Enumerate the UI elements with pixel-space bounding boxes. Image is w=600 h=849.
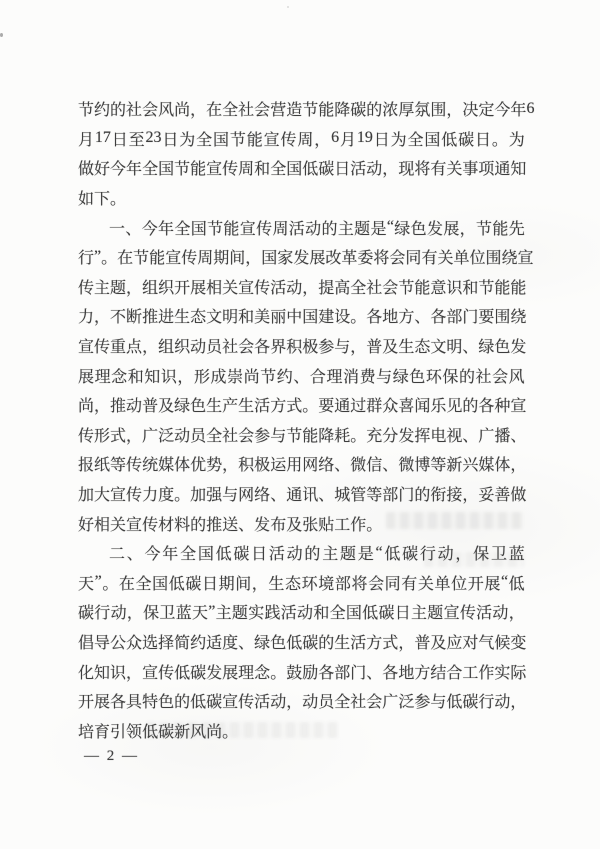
text-line: 展理念和知识，形成崇尚节约、合理消费与绿色环保的社会风 bbox=[78, 360, 525, 390]
paragraph: 节约的社会风尚，在全社会营造节能降碳的浓厚氛围，决定今年6月17日至23日为全国… bbox=[78, 94, 525, 212]
text-line: 节约的社会风尚，在全社会营造节能降碳的浓厚氛围，决定今年6 bbox=[78, 94, 525, 124]
paragraph: 二、今年全国低碳日活动的主题是“低碳行动，保卫蓝天”。在全国低碳日期间，生态环境… bbox=[78, 538, 525, 745]
text-line: 好相关宣传材料的推送、发布及张贴工作。 bbox=[78, 508, 525, 538]
text-line: 二、今年全国低碳日活动的主题是“低碳行动，保卫蓝 bbox=[78, 538, 525, 568]
text-line: 传主题，组织开展相关宣传活动，提高全社会节能意识和节能能 bbox=[78, 272, 525, 302]
text-line: 加大宣传力度。加强与网络、通讯、城管等部门的衔接，妥善做 bbox=[78, 479, 525, 509]
text-line: 传形式，广泛动员全社会参与节能降耗。充分发挥电视、广播、 bbox=[78, 420, 525, 450]
text-line: 碳行动，保卫蓝天”主题实践活动和全国低碳日主题宣传活动， bbox=[78, 597, 525, 627]
text-line: 培育引领低碳新风尚。 bbox=[78, 715, 525, 745]
paragraph: 一、今年全国节能宣传周活动的主题是“绿色发展，节能先行”。在节能宣传周期间，国家… bbox=[78, 212, 525, 538]
text-line: 倡导公众选择简约适度、绿色低碳的生活方式，普及应对气候变 bbox=[78, 627, 525, 657]
text-line: 天”。在全国低碳日期间，生态环境部将会同有关单位开展“低 bbox=[78, 568, 525, 598]
text-line: 宣传重点，组织动员社会各界积极参与，普及生态文明、绿色发 bbox=[78, 331, 525, 361]
text-line: 做好今年全国节能宣传周和全国低碳日活动，现将有关事项通知 bbox=[78, 153, 525, 183]
text-line: 尚，推动普及绿色生产生活方式。要通过群众喜闻乐见的各种宣 bbox=[78, 390, 525, 420]
text-line: 行”。在节能宣传周期间，国家发展改革委将会同有关单位围绕宣 bbox=[78, 242, 525, 272]
scan-noise-speck bbox=[287, 6, 289, 8]
text-line: 开展各具特色的低碳宣传活动，动员全社会广泛参与低碳行动， bbox=[78, 686, 525, 716]
text-line: 化知识，宣传低碳发展理念。鼓励各部门、各地方结合工作实际 bbox=[78, 656, 525, 686]
text-line: 如下。 bbox=[78, 183, 525, 213]
text-line: 月17日至23日为全国节能宣传周，6月19日为全国低碳日。为 bbox=[78, 124, 525, 154]
document-page: 节约的社会风尚，在全社会营造节能降碳的浓厚氛围，决定今年6月17日至23日为全国… bbox=[0, 0, 600, 849]
text-line: 一、今年全国节能宣传周活动的主题是“绿色发展，节能先 bbox=[78, 212, 525, 242]
scan-noise-speck bbox=[0, 33, 3, 37]
document-body: 节约的社会风尚，在全社会营造节能降碳的浓厚氛围，决定今年6月17日至23日为全国… bbox=[78, 94, 525, 745]
page-number: — 2 — bbox=[84, 748, 139, 772]
text-line: 力，不断推进生态文明和美丽中国建设。各地方、各部门要围绕 bbox=[78, 301, 525, 331]
text-line: 报纸等传统媒体优势，积极运用网络、微信、微博等新兴媒体， bbox=[78, 449, 525, 479]
